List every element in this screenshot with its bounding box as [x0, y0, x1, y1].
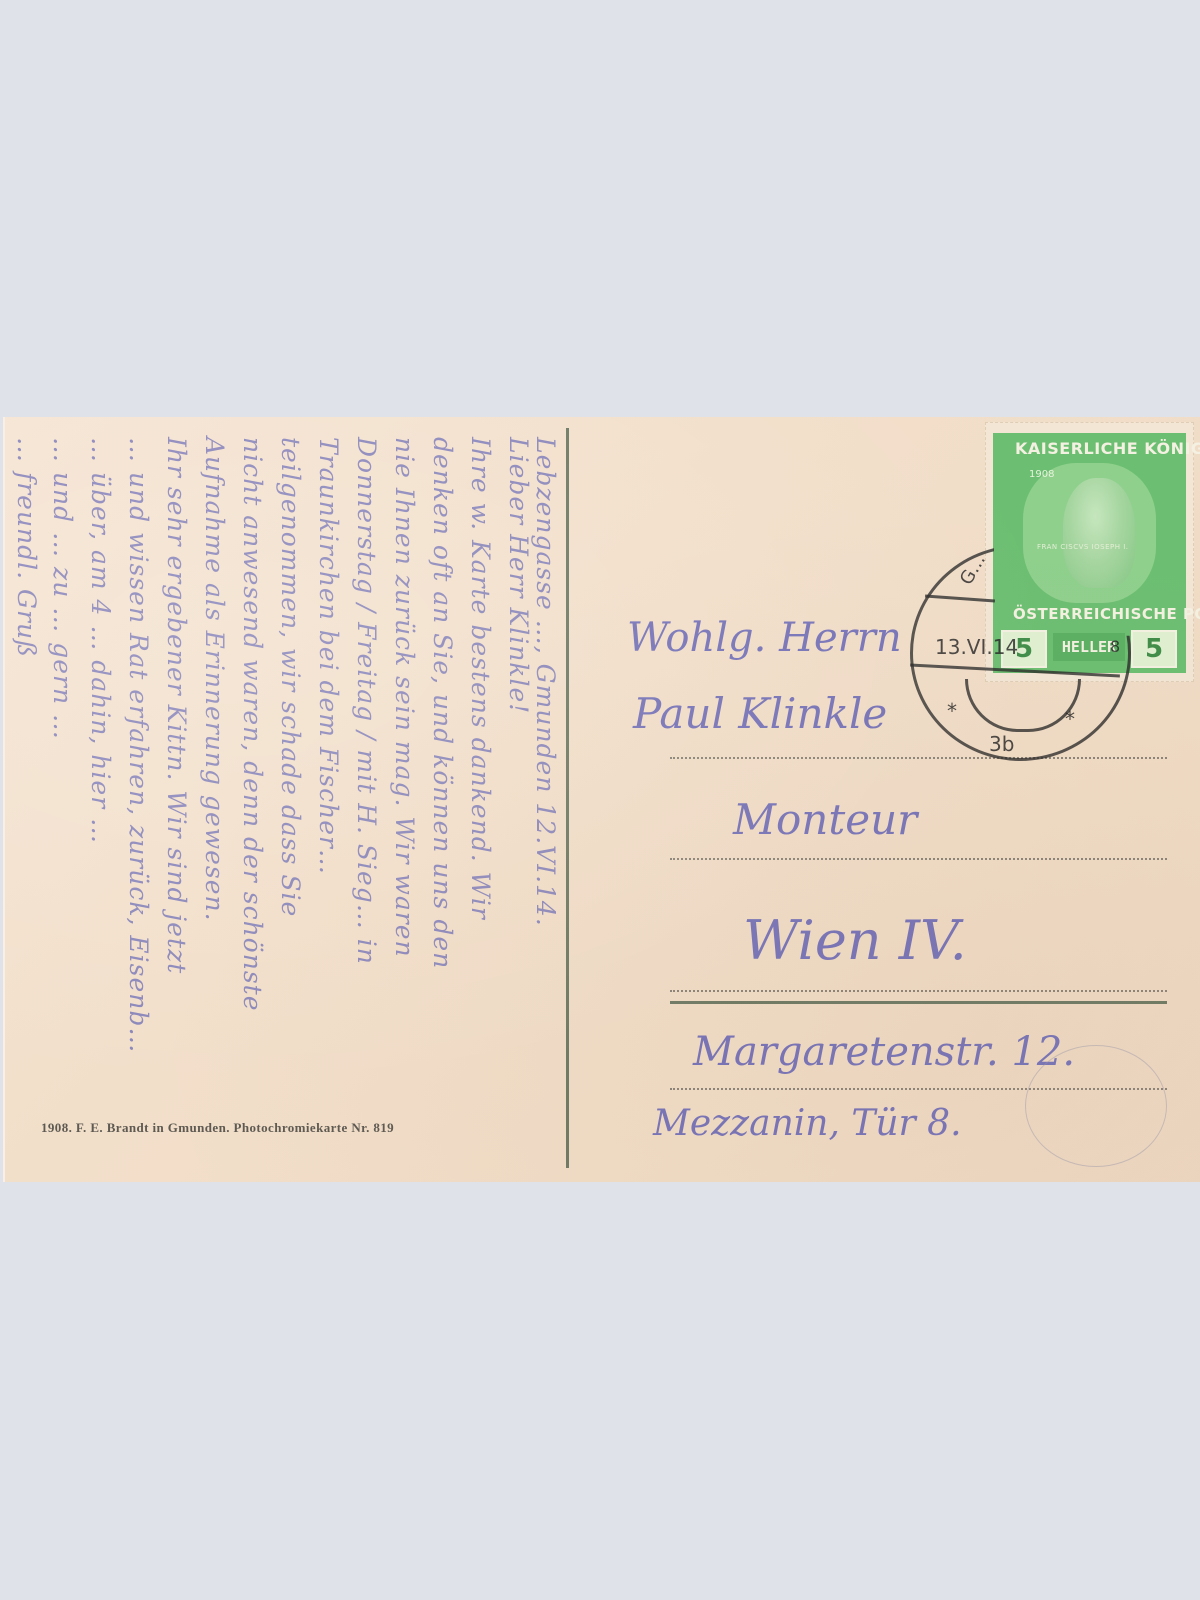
message-line: denken oft an Sie, und können uns den: [417, 437, 457, 1177]
message-line: nie Ihnen zurück sein mag. Wir waren: [379, 437, 419, 1177]
postmark-office-code: 3b: [989, 732, 1014, 756]
message-line: Ihr sehr ergebener Kittn. Wir sind jetzt: [151, 437, 191, 1177]
stamp-text-top: KAISERLICHE KÖNIGLICHE: [1015, 439, 1200, 458]
publisher-imprint: 1908. F. E. Brandt in Gmunden. Photochro…: [41, 1120, 394, 1136]
center-divider: [566, 428, 569, 1168]
message-line: … über, am 4 … dahin, hier …: [75, 437, 115, 1177]
message-line: … und … zu … gern …: [37, 437, 77, 1177]
message-line: teilgenommen, wir schade dass Sie: [265, 437, 305, 1177]
postmark-date: 13.VI.14: [935, 635, 1018, 659]
message-line: nicht anwesend waren, denn der schönste: [227, 437, 267, 1177]
postmark-hour: 8: [1110, 637, 1120, 656]
message-line: Ihre w. Karte bestens dankend. Wir: [455, 437, 495, 1177]
address-salutation: Wohlg. Herrn: [627, 615, 902, 661]
address-line-1: [670, 757, 1167, 759]
message-line: Aufnahme als Erinnerung gewesen.: [189, 437, 229, 1177]
emperor-portrait-icon: [1063, 478, 1135, 588]
postcard: Lebzengasse …, Gmunden 12.VI.14. Lieber …: [3, 417, 1200, 1182]
address-street: Margaretenstr. 12.: [693, 1029, 1075, 1075]
postmark-star-right: *: [1065, 707, 1075, 731]
message-line: Traunkirchen bei dem Fischer…: [303, 437, 343, 1177]
address-line-2: [670, 858, 1167, 860]
address-name: Paul Klinkle: [633, 689, 887, 738]
message-closing: … freundl. Gruß: [3, 437, 41, 1177]
stamp-year: 1908: [1029, 469, 1054, 480]
message-line: … und wissen Rat erfahren, zurück, Eisen…: [113, 437, 153, 1177]
message-line: Lieber Herr Klinkle!: [493, 437, 533, 1177]
stamp-portrait-caption: FRAN CISCVS IOSEPH I.: [1037, 543, 1129, 551]
address-line-3: [670, 990, 1167, 992]
message-area: Lebzengasse …, Gmunden 12.VI.14. Lieber …: [5, 417, 565, 1182]
pencil-mark: [1025, 1045, 1167, 1167]
message-line: Donnerstag / Freitag / mit H. Sieg… in: [341, 437, 381, 1177]
address-city: Wien IV.: [743, 909, 967, 972]
stamp-value-right: 5: [1131, 630, 1177, 668]
stamp-text-bottom: ÖSTERREICHISCHE POST: [1013, 605, 1200, 623]
address-solid-line: [670, 1001, 1167, 1004]
postmark-star-left: *: [947, 699, 957, 723]
address-apartment: Mezzanin, Tür 8.: [653, 1103, 962, 1144]
address-occupation: Monteur: [733, 795, 917, 844]
